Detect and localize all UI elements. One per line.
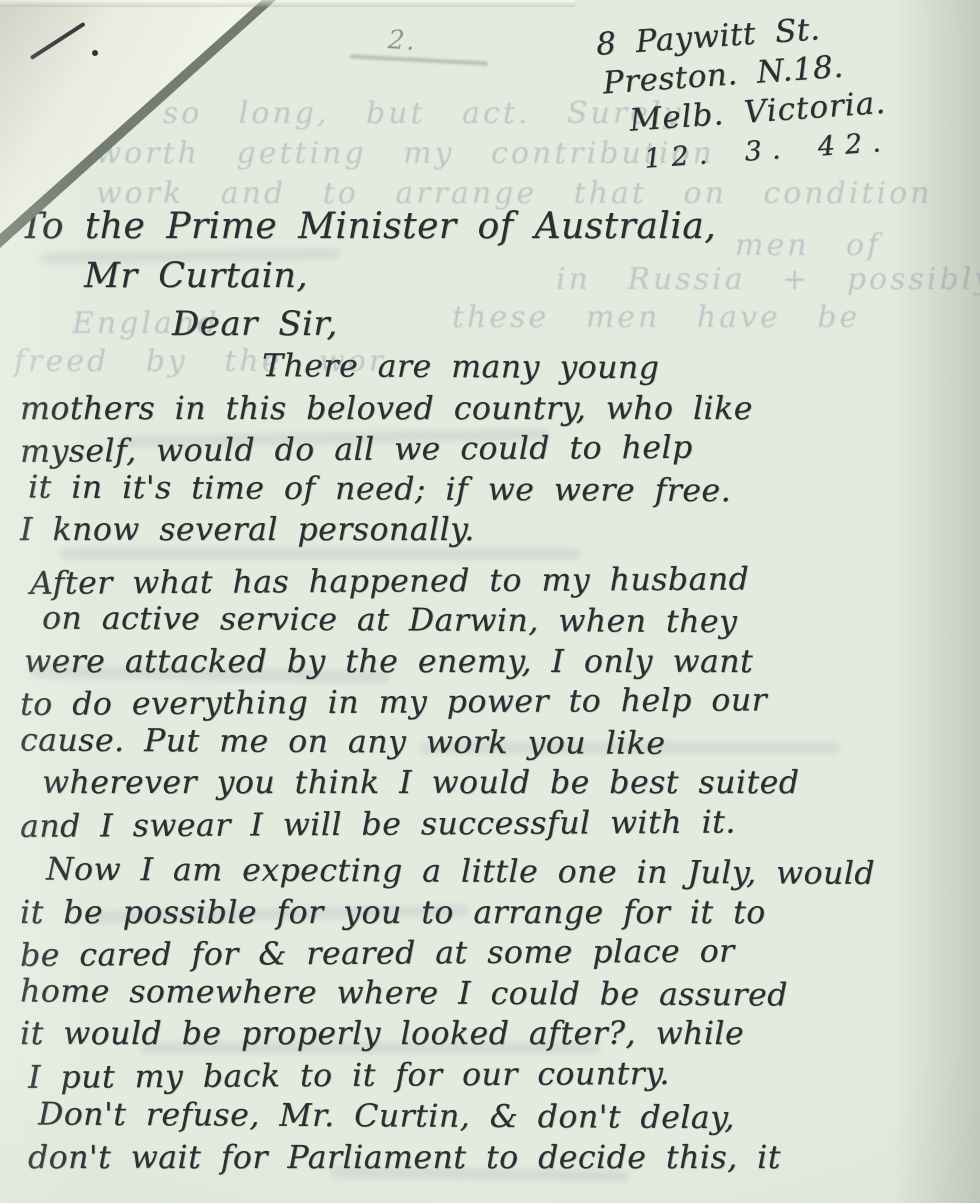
pen-dot-mark xyxy=(92,50,98,56)
letter-line: it be possible for you to arrange for it… xyxy=(20,893,974,934)
letter-line: be cared for & reared at some place or xyxy=(20,930,974,976)
letter-line: mothers in this beloved country, who lik… xyxy=(20,389,974,430)
letter-line: I put my back to it for our country. xyxy=(28,1052,974,1098)
letter-line: Don't refuse, Mr. Curtin, & don't delay, xyxy=(38,1095,974,1140)
letter-line: to do everything in my power to help our xyxy=(20,679,974,725)
letter-line: wherever you think I would be best suite… xyxy=(42,763,974,804)
letter-text-column: To the Prime Minister of Australia, Mr C… xyxy=(20,202,974,1178)
letter-line: myself, would do all we could to help xyxy=(20,426,974,472)
page-number-annotation: 2. xyxy=(387,25,418,57)
recipient-line: To the Prime Minister of Australia, xyxy=(20,202,974,252)
greeting-line: Dear Sir, xyxy=(172,300,974,348)
letter-line: and I swear I will be successful with it… xyxy=(20,801,974,847)
recipient-name-line: Mr Curtain, xyxy=(84,252,974,300)
letter-line: There are many young xyxy=(262,346,974,390)
handwritten-letter-page: takes so long, but act. Surelybe worth g… xyxy=(0,0,980,1203)
letter-body: There are many youngmothers in this belo… xyxy=(20,348,974,1178)
letter-line: cause. Put me on any work you like xyxy=(20,720,974,765)
letter-line: Now I am expecting a little one in July,… xyxy=(46,850,974,895)
letter-line: home somewhere where I could be assured xyxy=(20,971,974,1016)
letter-line: were attacked by the enemy, I only want xyxy=(24,642,974,683)
letter-line: I know several personally. xyxy=(20,510,974,551)
letter-line: it would be properly looked after?, whil… xyxy=(20,1014,974,1055)
letter-line: on active service at Darwin, when they xyxy=(42,599,974,644)
scan-top-edge xyxy=(0,0,575,7)
letter-line: it in it's time of need; if we were free… xyxy=(28,467,974,512)
letter-line: After what has happened to my husband xyxy=(30,558,974,604)
sender-address-block: 8 Paywitt St.Preston. N.18.Melb. Victori… xyxy=(587,6,892,182)
letter-line: don't wait for Parliament to decide this… xyxy=(28,1138,974,1179)
